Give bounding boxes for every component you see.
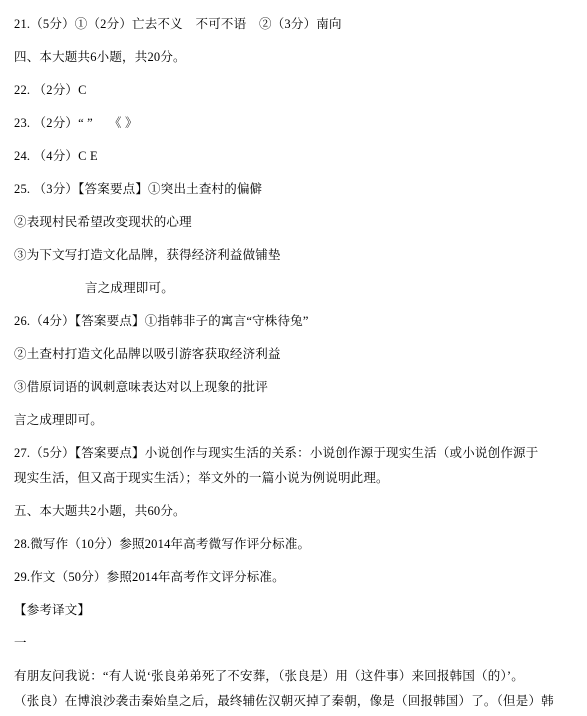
answer-line-26-point-3: ③借原词语的讽刺意味表达对以上现象的批评 — [14, 380, 577, 394]
translation-marker-1: 一 — [14, 636, 577, 650]
section-heading-4: 四、本大题共6小题，共20分。 — [14, 50, 577, 64]
answer-line-22: 22. （2分）C — [14, 83, 577, 97]
answer-line-27-part-1: 27.（5分）【答案要点】小说创作与现实生活的关系：小说创作源于现实生活（或小说… — [14, 446, 577, 460]
translation-paragraph-line-1: 有朋友问我说：“有人说‘张良弟弟死了不安葬，（张良是）用（这件事）来回报韩国（的… — [14, 669, 577, 683]
translation-heading: 【参考译文】 — [14, 603, 577, 617]
exam-answer-page: { "page": { "background": "#ffffff", "te… — [0, 0, 587, 716]
answer-line-25-point-1: 25. （3分）【答案要点】①突出土查村的偏僻 — [14, 182, 577, 196]
answer-line-21: 21.（5分）①（2分）亡去不义 不可不语 ②（3分）南向 — [14, 17, 577, 31]
section-heading-5: 五、本大题共2小题，共60分。 — [14, 504, 577, 518]
answer-sheet-document: 21.（5分）①（2分）亡去不义 不可不语 ②（3分）南向 四、本大题共6小题，… — [0, 0, 587, 716]
answer-line-28: 28.微写作（10分）参照2014年高考微写作评分标准。 — [14, 537, 577, 551]
answer-line-26-note: 言之成理即可。 — [14, 413, 577, 427]
answer-line-29: 29.作文（50分）参照2014年高考作文评分标准。 — [14, 570, 577, 584]
answer-line-23: 23. （2分）“ ” 《 》 — [14, 116, 577, 130]
answer-line-25-note: 言之成理即可。 — [14, 281, 577, 295]
translation-paragraph-line-2: （张良）在博浪沙袭击秦始皇之后，最终辅佐汉朝灭掉了秦朝，像是（回报韩国）了。（但… — [14, 694, 577, 708]
answer-line-25-point-2: ②表现村民希望改变现状的心理 — [14, 215, 577, 229]
answer-line-26-point-1: 26.（4分）【答案要点】①指韩非子的寓言“守株待兔” — [14, 314, 577, 328]
answer-line-27-part-2: 现实生活，但又高于现实生活）；举文外的一篇小说为例说明此理。 — [14, 471, 577, 485]
answer-line-25-point-3: ③为下文写打造文化品牌，获得经济利益做铺垫 — [14, 248, 577, 262]
answer-line-26-point-2: ②土查村打造文化品牌以吸引游客获取经济利益 — [14, 347, 577, 361]
answer-line-24: 24. （4分）C E — [14, 149, 577, 163]
